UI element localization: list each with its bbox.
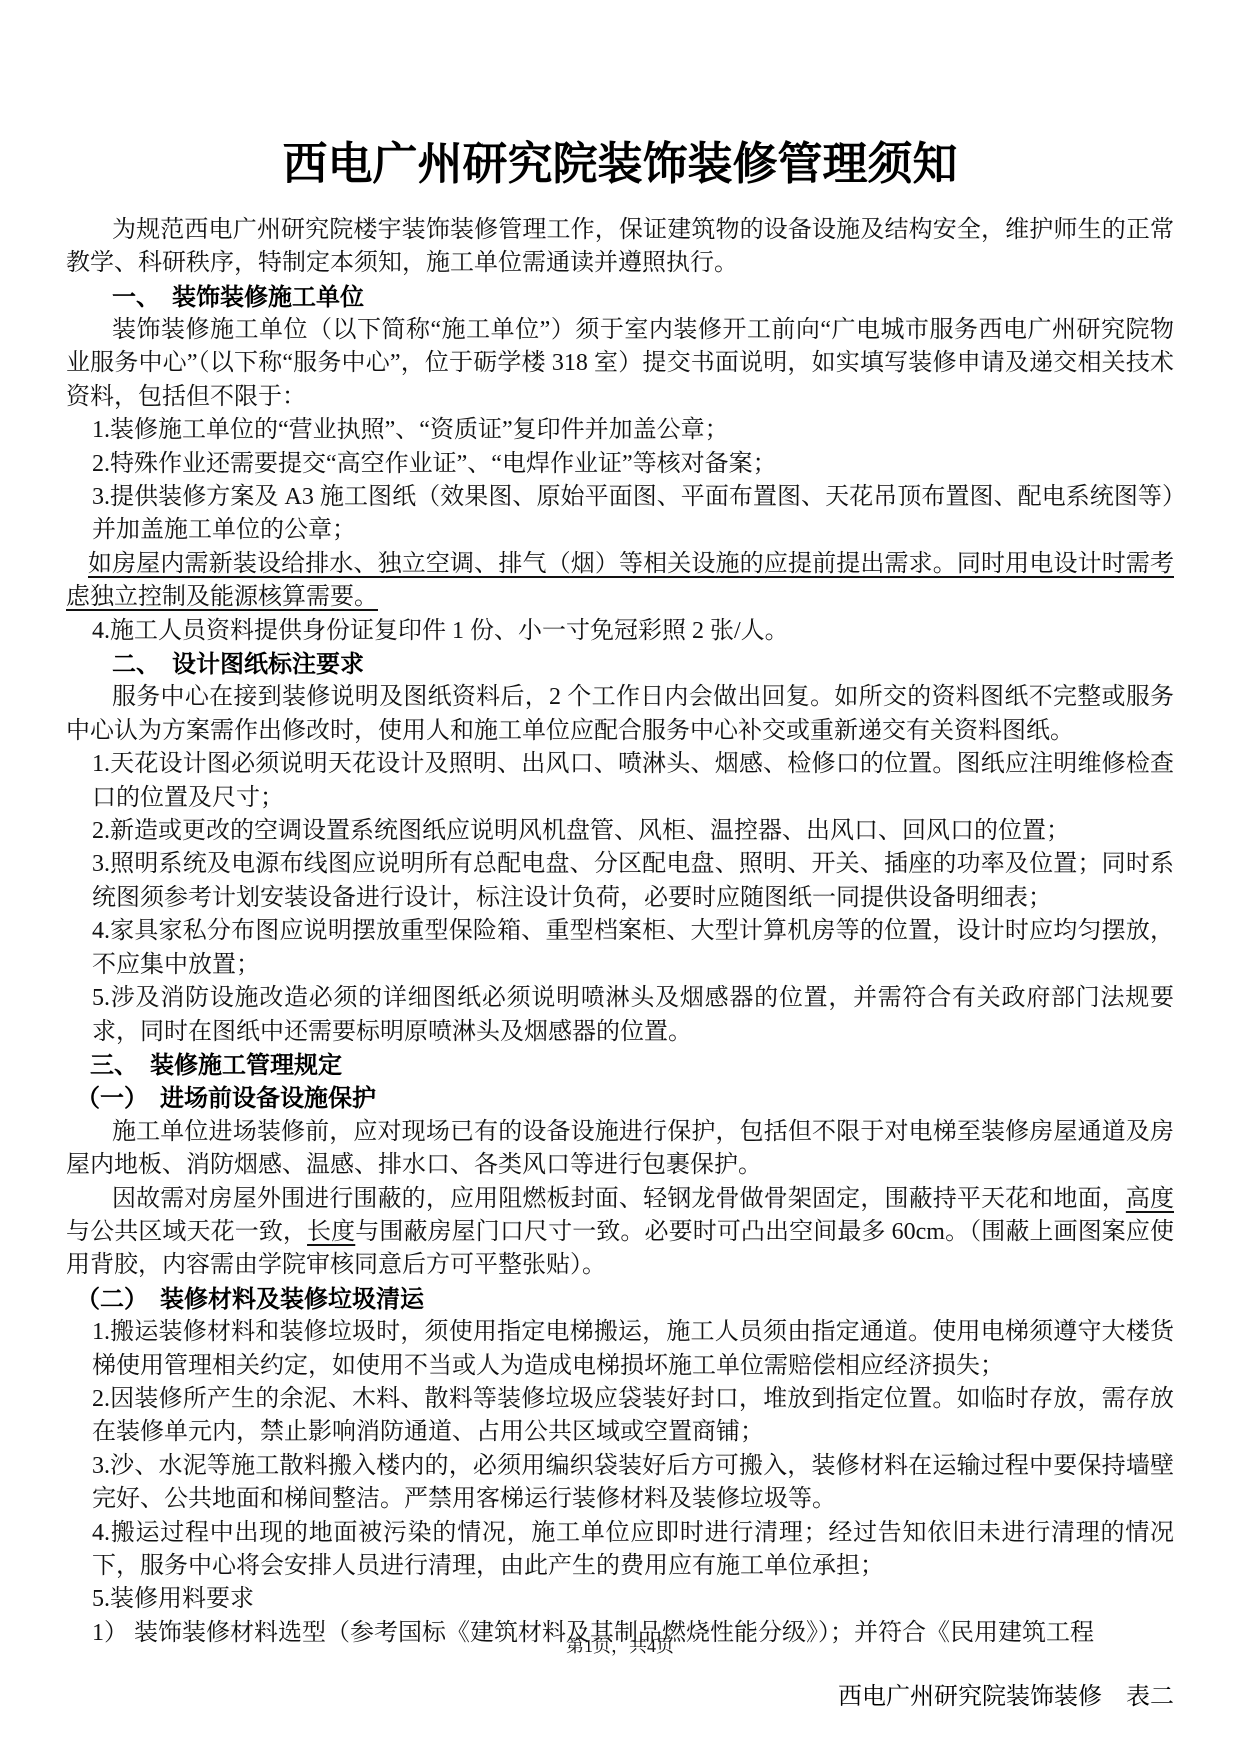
page-number: 第1页，共4页	[0, 1634, 1240, 1658]
section-2-lead: 服务中心在接到装修说明及图纸资料后，2 个工作日内会做出回复。如所交的资料图纸不…	[66, 681, 1174, 748]
section-3-heading: 三、 装修施工管理规定	[90, 1049, 1174, 1082]
doc-footer-label: 西电广州研究院装饰装修 表二	[838, 1682, 1174, 1712]
list-item: 3.照明系统及电源布线图应说明所有总配电盘、分区配电盘、照明、开关、插座的功率及…	[92, 848, 1174, 915]
section-1-heading: 一、 装饰装修施工单位	[112, 281, 1174, 314]
list-item: 3.沙、水泥等施工散料搬入楼内的，必须用编织袋装好后方可搬入，装修材料在运输过程…	[92, 1450, 1174, 1517]
section-2-heading: 二、 设计图纸标注要求	[112, 648, 1174, 681]
underlined-note: 如房屋内需新装设给排水、独立空调、排气（烟）等相关设施的应提前提出需求。同时用电…	[66, 548, 1174, 615]
document-page: 西电广州研究院装饰装修管理须知 为规范西电广州研究院楼宇装饰装修管理工作，保证建…	[0, 0, 1240, 1755]
list-item: 4.施工人员资料提供身份证复印件 1 份、小一寸免冠彩照 2 张/人。	[92, 615, 1174, 648]
list-item: 5.涉及消防设施改造必须的详细图纸必须说明喷淋头及烟感器的位置，并需符合有关政府…	[92, 982, 1174, 1049]
protection-paragraph: 施工单位进场装修前，应对现场已有的设备设施进行保护，包括但不限于对电梯至装修房屋…	[66, 1116, 1174, 1183]
enclosure-text-mid: 与公共区域天花一致，	[66, 1219, 307, 1245]
list-item: 3.提供装修方案及 A3 施工图纸（效果图、原始平面图、平面布置图、天花吊顶布置…	[92, 481, 1174, 548]
enclosure-paragraph: 因故需对房屋外围进行围蔽的，应用阻燃板封面、轻钢龙骨做骨架固定，围蔽持平天花和地…	[66, 1183, 1174, 1283]
list-item: 5.装修用料要求	[92, 1583, 1174, 1616]
section-1-lead: 装饰装修施工单位（以下简称“施工单位”）须于室内装修开工前向“广电城市服务西电广…	[66, 314, 1174, 414]
list-item: 4.搬运过程中出现的地面被污染的情况，施工单位应即时进行清理；经过告知依旧未进行…	[92, 1517, 1174, 1584]
list-item: 1.搬运装修材料和装修垃圾时，须使用指定电梯搬运，施工人员须由指定通道。使用电梯…	[92, 1316, 1174, 1383]
underlined-term-height: 高度	[1126, 1186, 1174, 1212]
document-title: 西电广州研究院装饰装修管理须知	[66, 138, 1174, 190]
list-item: 2.新造或更改的空调设置系统图纸应说明风机盘管、风柜、温控器、出风口、回风口的位…	[92, 815, 1174, 848]
list-item: 4.家具家私分布图应说明摆放重型保险箱、重型档案柜、大型计算机房等的位置，设计时…	[92, 915, 1174, 982]
intro-paragraph: 为规范西电广州研究院楼宇装饰装修管理工作，保证建筑物的设备设施及结构安全，维护师…	[66, 214, 1174, 281]
list-item: 1.装修施工单位的“营业执照”、“资质证”复印件并加盖公章；	[92, 414, 1174, 447]
list-item: 2.特殊作业还需要提交“高空作业证”、“电焊作业证”等核对备案；	[92, 448, 1174, 481]
subsection-3-2-heading: （二） 装修材料及装修垃圾清运	[76, 1283, 1174, 1316]
subsection-3-1-heading: （一） 进场前设备设施保护	[76, 1082, 1174, 1115]
underlined-term-length: 长度	[307, 1219, 355, 1245]
list-item: 1.天花设计图必须说明天花设计及照明、出风口、喷淋头、烟感、检修口的位置。图纸应…	[92, 748, 1174, 815]
list-item: 2.因装修所产生的余泥、木料、散料等装修垃圾应袋装好封口，堆放到指定位置。如临时…	[92, 1383, 1174, 1450]
enclosure-text-pre: 因故需对房屋外围进行围蔽的，应用阻燃板封面、轻钢龙骨做骨架固定，围蔽持平天花和地…	[112, 1186, 1126, 1212]
